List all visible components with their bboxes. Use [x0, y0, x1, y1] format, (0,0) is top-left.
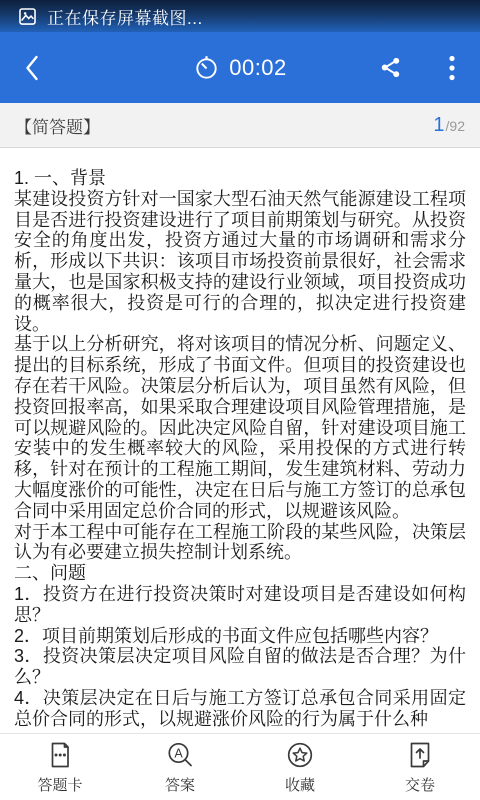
toolbar-item-label: 答题卡 [37, 774, 82, 795]
overflow-menu-button[interactable] [432, 42, 472, 94]
favorite-button[interactable]: 收藏 [240, 734, 360, 800]
toolbar-item-label: 交卷 [405, 774, 435, 795]
answer-search-icon: A [165, 740, 195, 770]
question-type-label: 【简答题】 [15, 113, 100, 138]
question-counter-current: 1 [433, 114, 444, 137]
question-paragraph: 基于以上分析研究，将对该项目的情况分析、问题定义、提出的目标系统，形成了书面文件… [14, 334, 466, 521]
svg-text:A: A [174, 746, 183, 760]
notification-text: 正在保存屏幕截图... [47, 4, 203, 29]
question-paragraph: 3．投资决策层决定项目风险自留的做法是否合理？为什么？ [14, 646, 466, 688]
question-counter: 1 /92 [433, 114, 465, 137]
toolbar-item-label: 答案 [165, 774, 195, 795]
question-body-scroll-area[interactable]: 1. 一、背景 某建设投资方针对一国家大型石油天然气能源建设工程项目是否进行投资… [0, 148, 480, 733]
question-paragraph: 某建设投资方针对一国家大型石油天然气能源建设工程项目是否进行投资建设进行了项目前… [14, 189, 466, 335]
app-screen: 正在保存屏幕截图... 00:02 [0, 0, 480, 800]
answer-card-button[interactable]: 答题卡 [0, 734, 120, 800]
question-paragraph: 二、问题 [14, 563, 466, 584]
share-icon [379, 56, 402, 79]
submit-paper-icon [405, 740, 435, 770]
nav-bar: 00:02 [0, 32, 480, 103]
question-paragraph: 4．决策层决定在日后与施工方签订总承包合同采用固定总价合同的形式，以规避涨价风险… [14, 688, 466, 730]
question-paragraph: 2．项目前期策划后形成的书面文件应包括哪些内容？ [14, 626, 466, 647]
question-paragraph: 1. 一、背景 [14, 168, 466, 189]
answer-button[interactable]: A 答案 [120, 734, 240, 800]
answer-card-icon [45, 740, 75, 770]
stopwatch-icon [193, 54, 220, 81]
toolbar-item-label: 收藏 [285, 774, 315, 795]
bottom-toolbar: 答题卡 A 答案 收藏 [0, 733, 480, 800]
question-paragraph: 1．投资方在进行投资决策时对建设项目是否建设如何构思？ [14, 584, 466, 626]
question-counter-total: /92 [446, 118, 465, 134]
question-paragraph: 对于本工程中可能存在工程施工阶段的某些风险，决策层认为有必要建立损失控制计划系统… [14, 522, 466, 564]
status-bar: 正在保存屏幕截图... [0, 0, 480, 32]
back-chevron-icon [21, 53, 43, 83]
back-button[interactable] [10, 32, 54, 103]
question-header: 【简答题】 1 /92 [0, 103, 480, 148]
timer-value: 00:02 [229, 55, 287, 81]
overflow-menu-icon [449, 55, 455, 81]
share-button[interactable] [370, 42, 410, 94]
favorite-star-icon [285, 740, 315, 770]
submit-button[interactable]: 交卷 [360, 734, 480, 800]
screenshot-image-icon [18, 7, 37, 26]
nav-actions [370, 32, 472, 103]
